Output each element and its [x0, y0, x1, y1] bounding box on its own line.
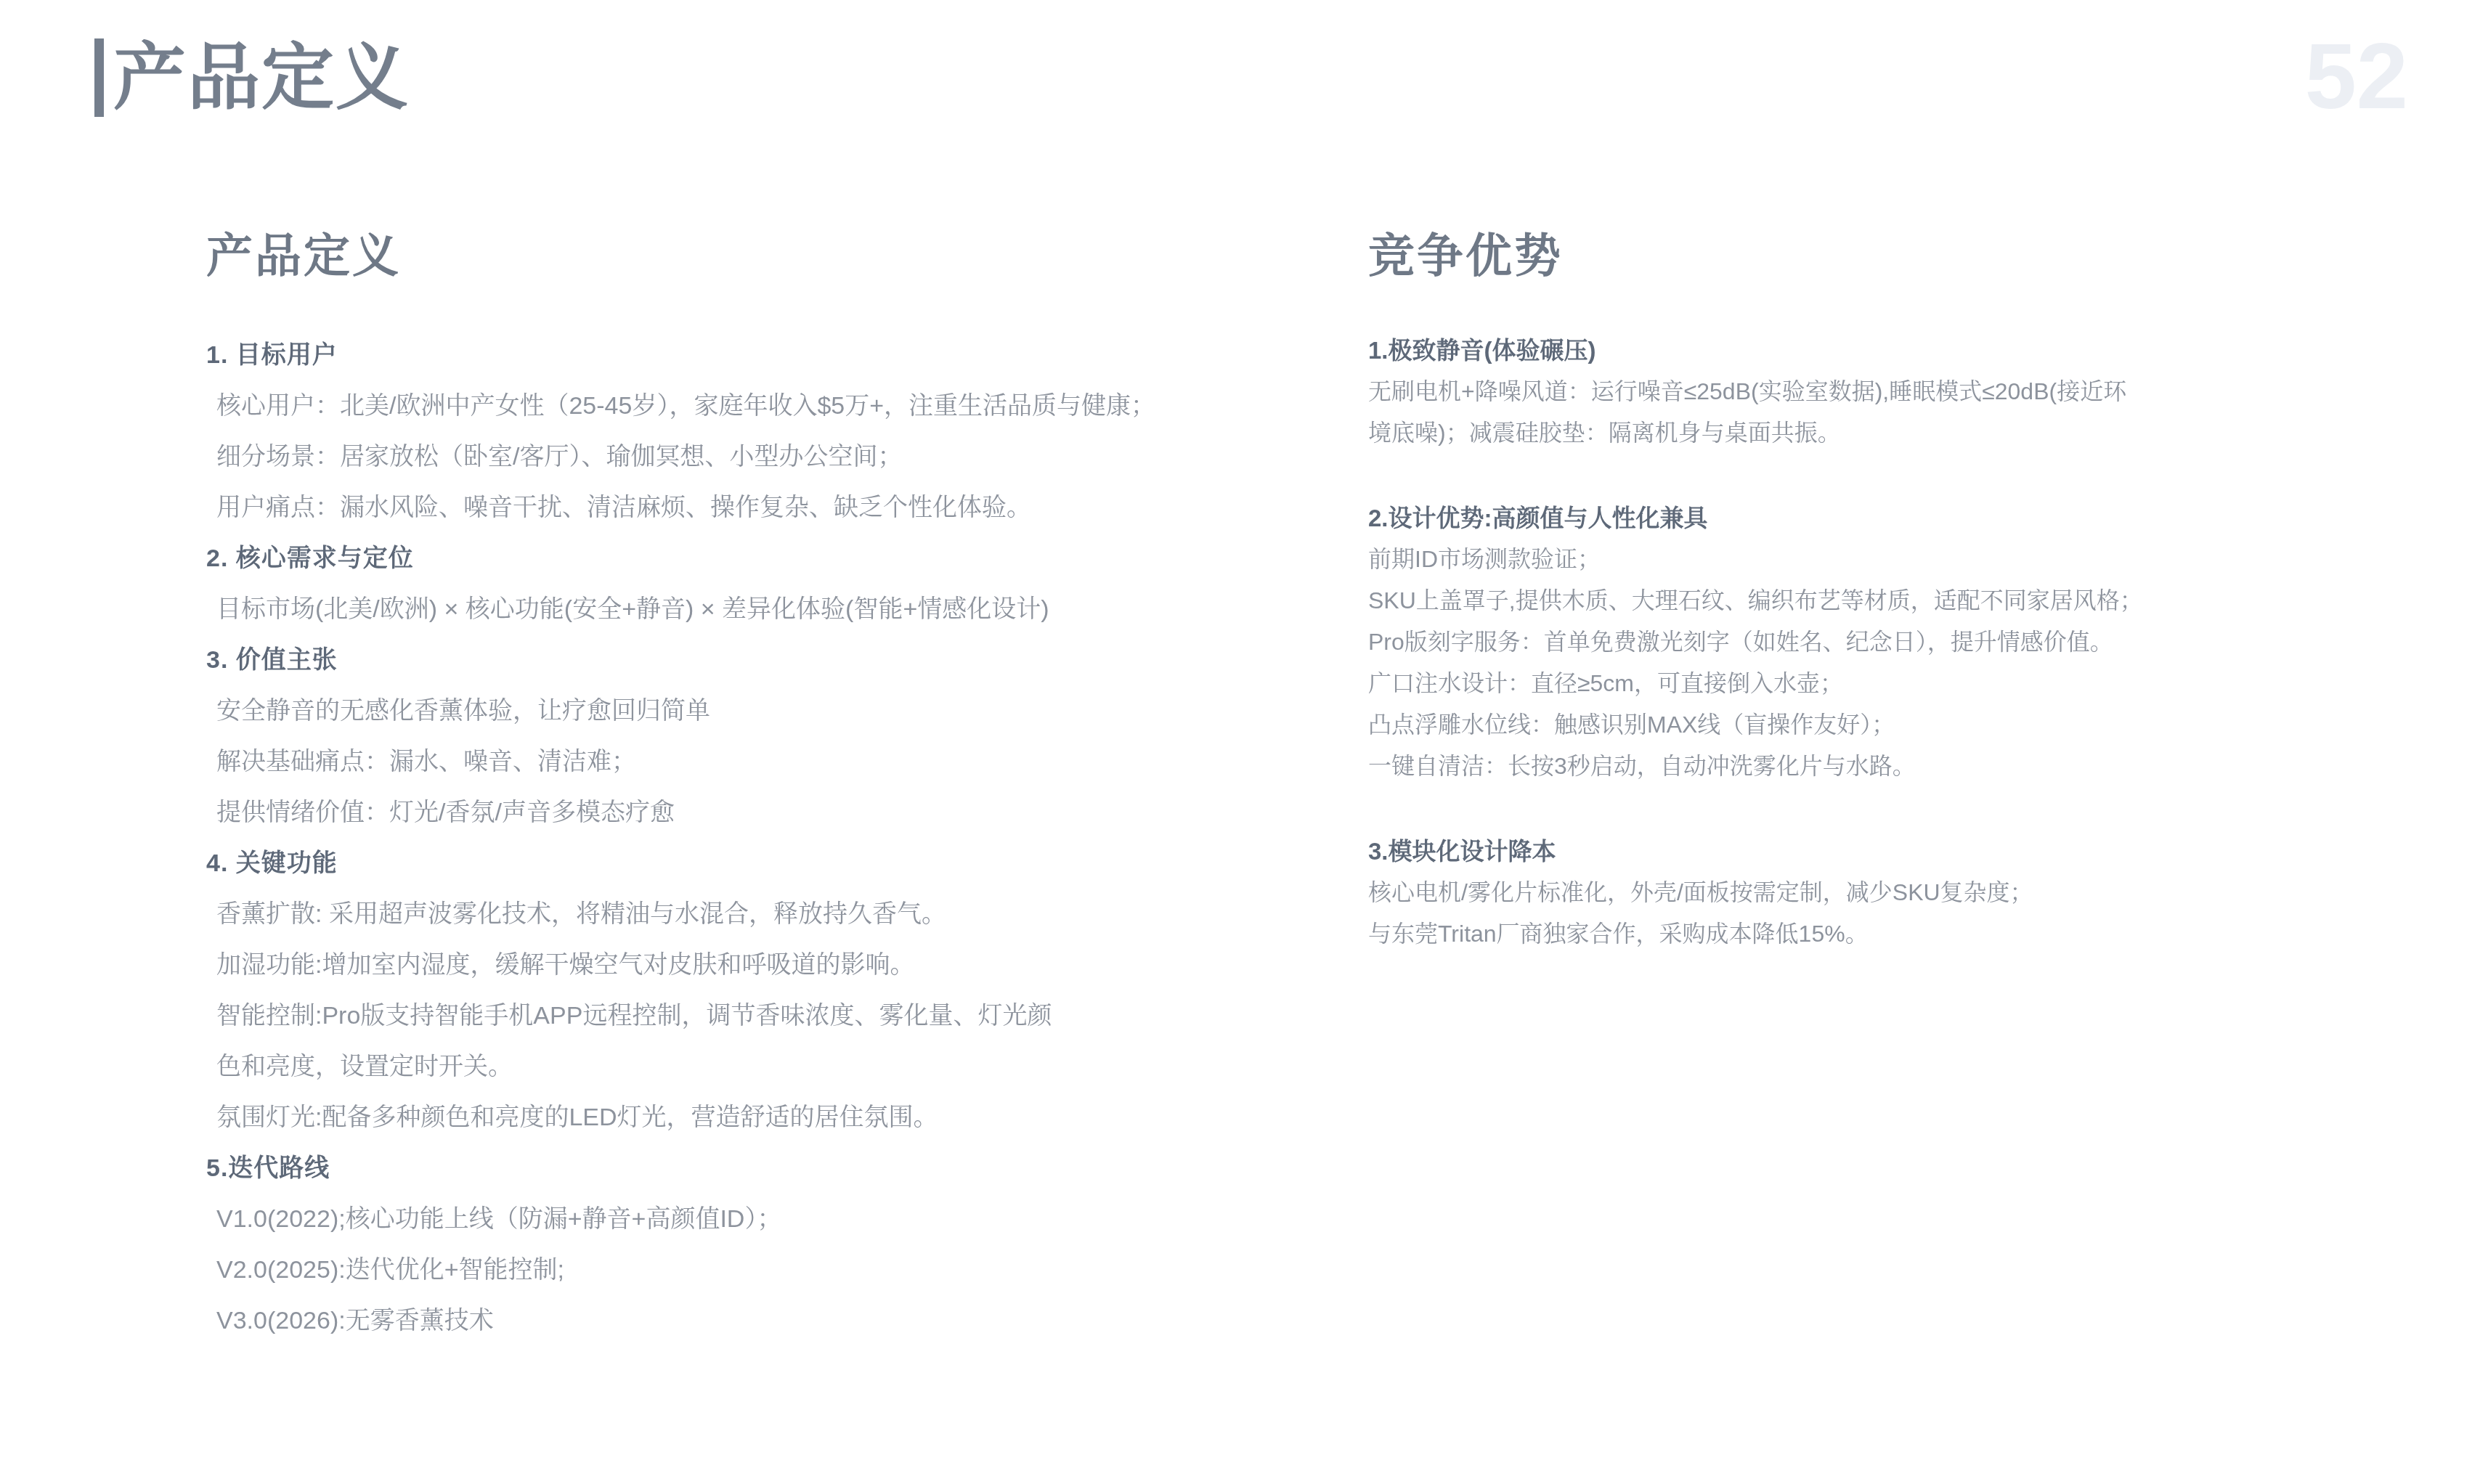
- page-title: 产品定义: [94, 38, 410, 118]
- left-content-line: V3.0(2026):无雾香薰技术: [206, 1295, 1281, 1346]
- left-content-line: 智能控制:Pro版支持智能手机APP远程控制，调节香味浓度、雾化量、灯光颜: [206, 990, 1281, 1041]
- left-section-title: 1. 目标用户: [206, 330, 1281, 380]
- left-content-line: 用户痛点：漏水风险、噪音干扰、清洁麻烦、操作复杂、缺乏个性化体验。: [206, 482, 1281, 533]
- left-content-line: 氛围灯光:配备多种颜色和亮度的LED灯光，营造舒适的居住氛围。: [206, 1092, 1281, 1143]
- right-content-line: 凸点浮雕水位线：触感识别MAX线（盲操作友好）；: [1368, 704, 2385, 746]
- page-title-text: 产品定义: [113, 38, 410, 118]
- right-content-line: SKU上盖罩子,提供木质、大理石纹、编织布艺等材质，适配不同家居风格；: [1368, 580, 2385, 621]
- right-section: 3.模块化设计降本核心电机/雾化片标准化，外壳/面板按需定制，减少SKU复杂度；…: [1368, 831, 2385, 955]
- right-column: 竞争优势 1.极致静音(体验碾压)无刷电机+降噪风道：运行噪音≤25dB(实验室…: [1368, 229, 2385, 955]
- left-section-title: 5.迭代路线: [206, 1143, 1281, 1194]
- left-content-line: 安全静音的无感化香薰体验，让疗愈回归简单: [206, 685, 1281, 736]
- right-section-title: 1.极致静音(体验碾压): [1368, 330, 2385, 371]
- right-content-line: 无刷电机+降噪风道：运行噪音≤25dB(实验室数据),睡眠模式≤20dB(接近环: [1368, 371, 2385, 412]
- right-content-line: 核心电机/雾化片标准化，外壳/面板按需定制，减少SKU复杂度；: [1368, 872, 2385, 913]
- right-content-line: 一键自清洁：长按3秒启动，自动冲洗雾化片与水路。: [1368, 746, 2385, 787]
- left-content-line: V2.0(2025):迭代优化+智能控制;: [206, 1244, 1281, 1295]
- left-content-line: 加湿功能:增加室内湿度，缓解干燥空气对皮肤和呼吸道的影响。: [206, 939, 1281, 990]
- left-section-title: 2. 核心需求与定位: [206, 533, 1281, 584]
- right-section: 1.极致静音(体验碾压)无刷电机+降噪风道：运行噪音≤25dB(实验室数据),睡…: [1368, 330, 2385, 454]
- left-content-line: 香薰扩散: 采用超声波雾化技术，将精油与水混合，释放持久香气。: [206, 889, 1281, 939]
- left-content-line: V1.0(2022);核心功能上线（防漏+静音+高颜值ID）；: [206, 1194, 1281, 1244]
- left-content-line: 核心用户：北美/欧洲中产女性（25-45岁），家庭年收入$5万+，注重生活品质与…: [206, 380, 1281, 431]
- page-number: 52: [2305, 30, 2408, 123]
- right-section-title: 2.设计优势:高颜值与人性化兼具: [1368, 497, 2385, 539]
- left-column-heading: 产品定义: [206, 229, 1281, 283]
- right-content-line: 境底噪)；减震硅胶垫：隔离机身与桌面共振。: [1368, 412, 2385, 454]
- left-section-title: 4. 关键功能: [206, 838, 1281, 889]
- right-section: 2.设计优势:高颜值与人性化兼具前期ID市场测款验证；SKU上盖罩子,提供木质、…: [1368, 497, 2385, 787]
- right-column-heading: 竞争优势: [1368, 229, 2385, 283]
- title-accent-bar: [94, 38, 104, 117]
- left-content-line: 色和亮度，设置定时开关。: [206, 1041, 1281, 1092]
- left-column: 产品定义 1. 目标用户核心用户：北美/欧洲中产女性（25-45岁），家庭年收入…: [206, 229, 1281, 1346]
- right-section-title: 3.模块化设计降本: [1368, 831, 2385, 872]
- right-content-line: 广口注水设计：直径≥5cm，可直接倒入水壶；: [1368, 663, 2385, 704]
- left-content-line: 提供情绪价值：灯光/香氛/声音多模态疗愈: [206, 787, 1281, 838]
- left-content-line: 目标市场(北美/欧洲) × 核心功能(安全+静音) × 差异化体验(智能+情感化…: [206, 584, 1281, 635]
- left-content-line: 细分场景：居家放松（卧室/客厅）、瑜伽冥想、小型办公空间；: [206, 431, 1281, 482]
- right-content-line: 前期ID市场测款验证；: [1368, 539, 2385, 580]
- right-column-sections: 1.极致静音(体验碾压)无刷电机+降噪风道：运行噪音≤25dB(实验室数据),睡…: [1368, 330, 2385, 955]
- left-content-line: 解决基础痛点：漏水、噪音、清洁难；: [206, 736, 1281, 787]
- slide: 产品定义 52 产品定义 1. 目标用户核心用户：北美/欧洲中产女性（25-45…: [0, 0, 2488, 1484]
- left-section-title: 3. 价值主张: [206, 635, 1281, 685]
- right-content-line: 与东莞Tritan厂商独家合作，采购成本降低15%。: [1368, 913, 2385, 955]
- left-column-list: 1. 目标用户核心用户：北美/欧洲中产女性（25-45岁），家庭年收入$5万+，…: [206, 330, 1281, 1346]
- right-content-line: Pro版刻字服务：首单免费激光刻字（如姓名、纪念日），提升情感价值。: [1368, 621, 2385, 663]
